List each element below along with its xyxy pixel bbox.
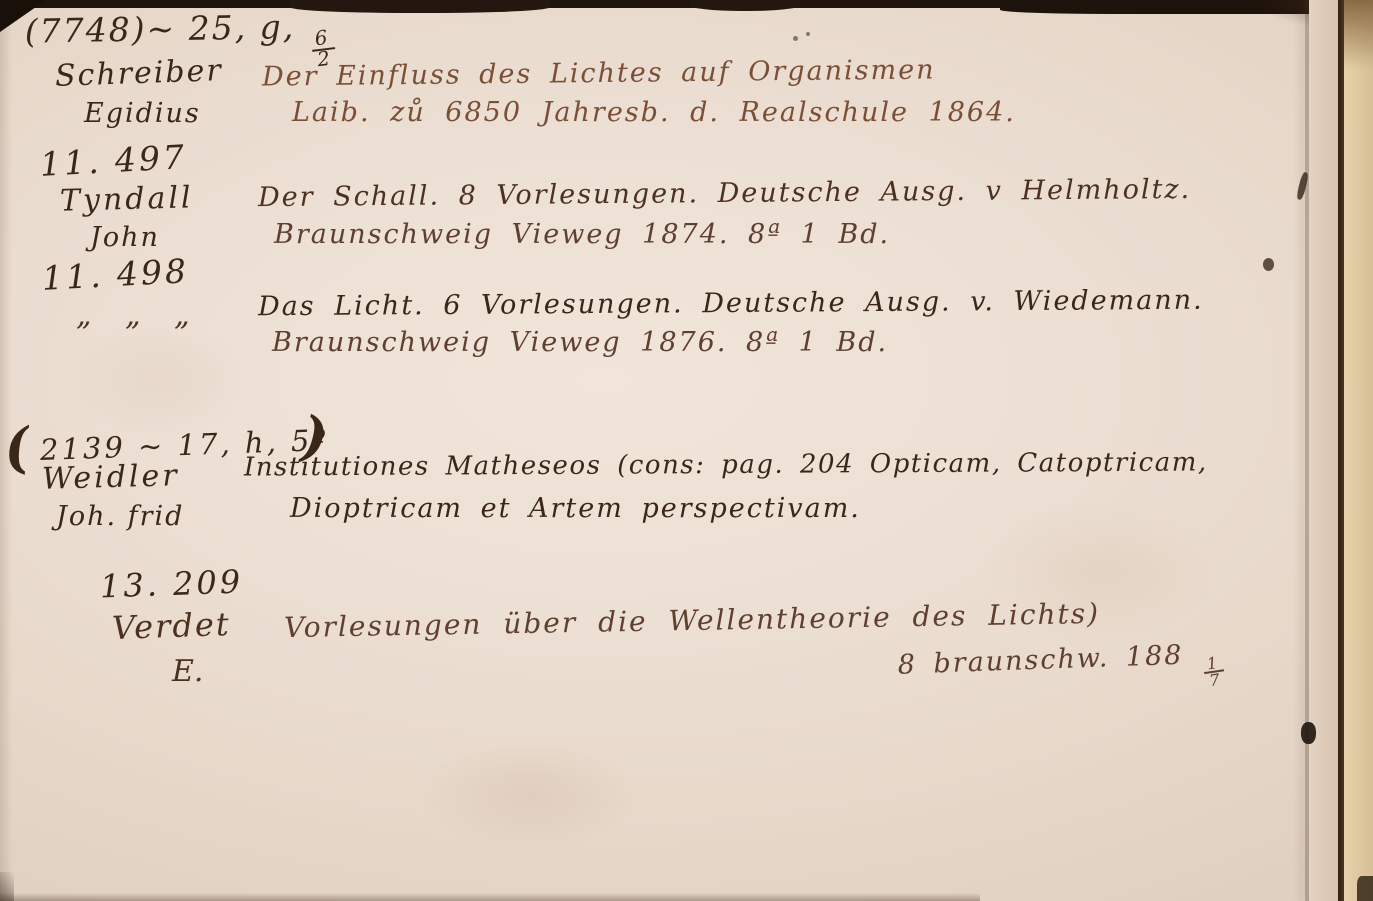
entry1-author-forename: Egidius <box>84 100 201 128</box>
entry2-author-forename: John <box>90 224 160 252</box>
entry4-title-line1: Institutiones Matheseos (cons: pag. 204 … <box>244 449 1208 481</box>
paper-stain <box>420 740 640 850</box>
entry5-imprint-line: 8 braunschw. 188 17 <box>897 640 1225 699</box>
entry5-title-line1: Vorlesungen über die Wellentheorie des L… <box>284 599 1101 643</box>
entry3-ditto-marks: „ „ „ <box>76 300 202 332</box>
entry5-year-fraction: 17 <box>1202 654 1227 689</box>
manuscript-page: (7748)~ 25, g, 62 Schreiber Egidius Der … <box>0 0 1373 901</box>
entry2-imprint-line: Braunschweig Vieweg 1874. 8ª 1 Bd. <box>274 221 890 249</box>
entry2-number: 11. 497 <box>39 140 188 182</box>
entry4-shelfmark-open-paren: ( <box>1 419 32 478</box>
entry4-author-forename: Joh. frid <box>56 503 184 531</box>
header-shelfmark-text: (7748)~ 25, g, <box>24 7 295 51</box>
bottom-left-corner-shade <box>0 872 14 901</box>
ink-mark <box>1263 258 1274 271</box>
entry3-title-line1: Das Licht. 6 Vorlesungen. Deutsche Ausg.… <box>258 287 1204 322</box>
entry5-imprint-text: 8 braunschw. 188 <box>897 640 1184 681</box>
bottom-page-edge <box>0 893 980 901</box>
entry5-number: 13. 209 <box>99 566 243 605</box>
neighbor-page-edge <box>1344 0 1373 901</box>
ink-dot <box>806 32 810 36</box>
entry1-author-surname: Schreiber <box>55 55 224 92</box>
fraction-denominator: 7 <box>1209 672 1223 689</box>
entry2-title-line1: Der Schall. 8 Vorlesungen. Deutsche Ausg… <box>258 176 1191 212</box>
page-margin-strip <box>1309 0 1338 901</box>
entry4-title-line2: Dioptricam et Artem perspectivam. <box>290 495 861 523</box>
top-page-edge <box>690 0 800 11</box>
entry5-author-initial: E. <box>172 656 203 688</box>
entry1-title-line2: Laib. zů 6850 Jahresb. d. Realschule 186… <box>292 99 1016 127</box>
ink-mark <box>1357 876 1373 901</box>
entry3-number: 11. 498 <box>41 254 190 296</box>
entry3-imprint-line: Braunschweig Vieweg 1876. 8ª 1 Bd. <box>272 329 888 357</box>
entry5-author-surname: Verdet <box>111 608 231 646</box>
entry4-author-surname: Weidler <box>42 460 180 495</box>
neighbor-page-edge-shadow <box>1344 0 1373 70</box>
entry1-title-line1: Der Einfluss des Lichtes auf Organismen <box>262 56 936 91</box>
entry2-author-surname: Tyndall <box>60 182 194 217</box>
paper-stain <box>70 320 250 440</box>
ink-mark <box>1301 722 1316 744</box>
ink-dot <box>793 36 798 41</box>
